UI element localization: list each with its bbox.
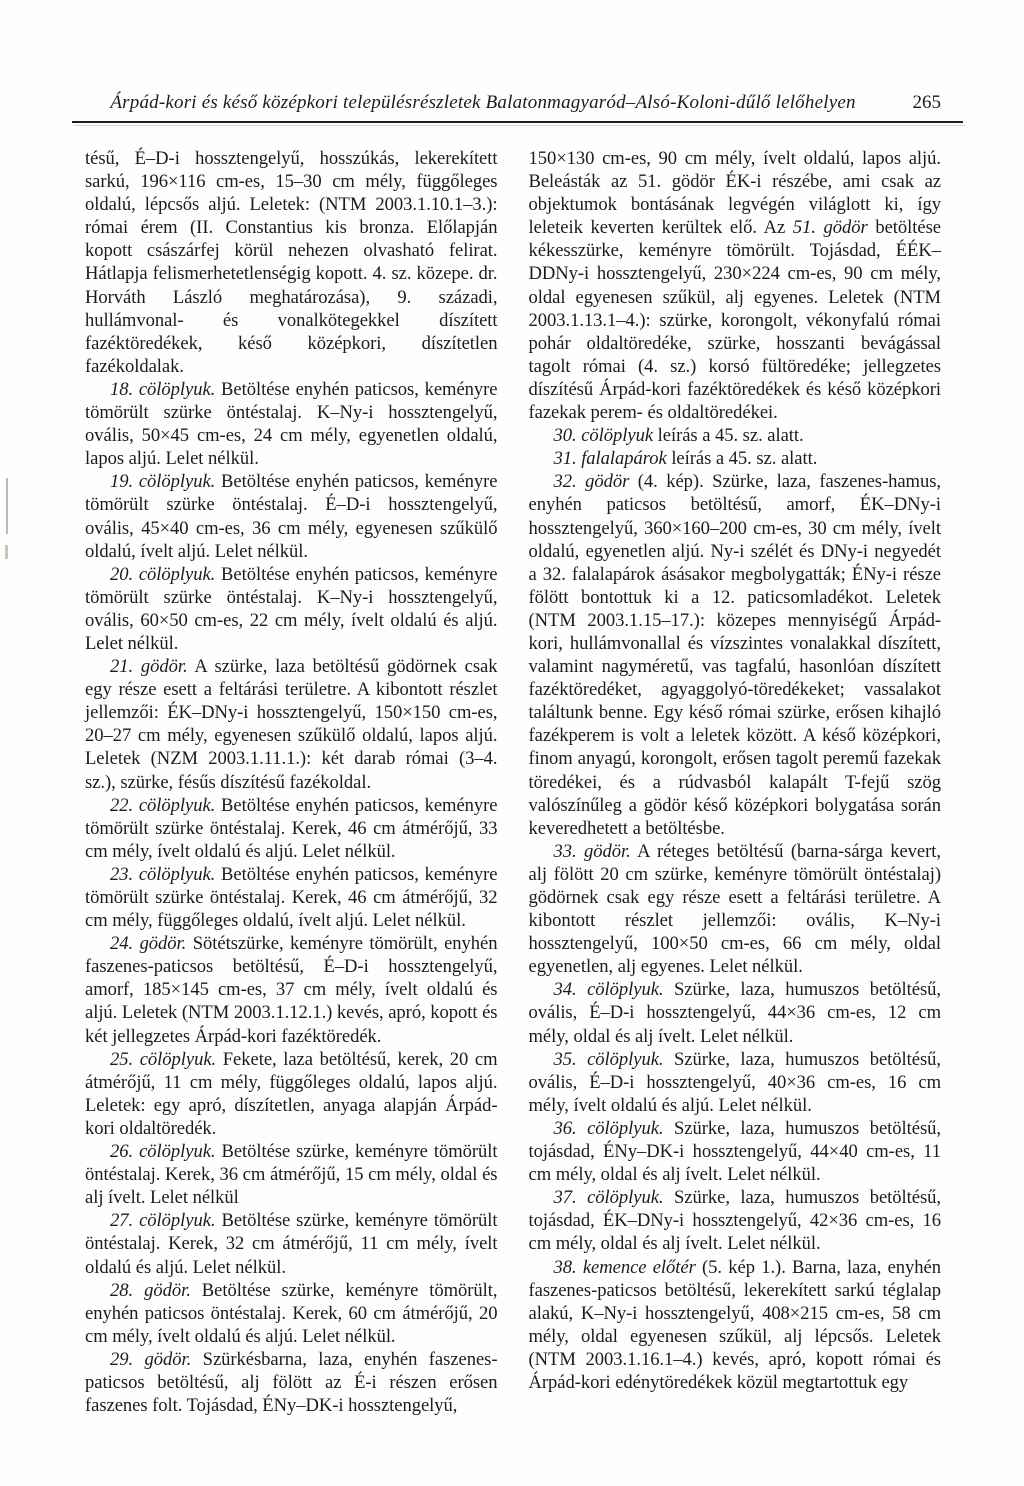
running-header-title: Árpád-kori és késő középkori településré… [85,92,881,114]
paragraph: 36. cölöplyuk. Szürke, laza, humuszos be… [529,1117,942,1186]
paragraph: 28. gödör. Betöltése szürke, keményre tö… [85,1279,498,1348]
left-column: tésű, É–D-i hossztengelyű, hosszúkás, le… [85,147,498,1417]
feature-label: 28. gödör. [110,1280,191,1301]
body-text: (4. kép). Szürke, laza, faszenes-hamus, … [529,471,942,838]
feature-label: 36. cölöplyuk. [554,1118,664,1139]
feature-label: 35. cölöplyuk. [554,1049,664,1070]
paragraph: 20. cölöplyuk. Betöltése enyhén paticsos… [85,563,498,655]
paragraph: 22. cölöplyuk. Betöltése enyhén paticsos… [85,794,498,863]
feature-label: 20. cölöplyuk. [110,564,215,585]
feature-label: 18. cölöplyuk. [110,379,215,400]
feature-label: 27. cölöplyuk. [110,1210,216,1231]
paragraph: 30. cölöplyuk leírás a 45. sz. alatt. [529,424,942,447]
paragraph: 18. cölöplyuk. Betöltése enyhén paticsos… [85,378,498,470]
paragraph: 19. cölöplyuk. Betöltése enyhén paticsos… [85,470,498,562]
feature-label: 29. gödör. [110,1349,191,1370]
feature-label: 32. gödör [554,471,630,492]
paragraph: 24. gödör. Sötétszürke, keményre tömörül… [85,932,498,1047]
feature-label: 23. cölöplyuk. [110,864,215,885]
running-header: Árpád-kori és késő középkori településré… [85,92,941,114]
feature-label: 31. falalapárok [554,448,667,469]
paragraph: 32. gödör (4. kép). Szürke, laza, faszen… [529,470,942,840]
page-body: tésű, É–D-i hossztengelyű, hosszúkás, le… [85,147,941,1417]
feature-label: 34. cölöplyuk. [554,979,664,1000]
document-page: Árpád-kori és késő középkori településré… [0,0,1024,1486]
paragraph: 37. cölöplyuk. Szürke, laza, humuszos be… [529,1186,942,1255]
feature-label: 51. gödör [793,217,868,238]
page-number: 265 [881,92,941,114]
scan-artifact-line [6,478,8,534]
paragraph: 27. cölöplyuk. Betöltése szürke, keményr… [85,1209,498,1278]
feature-label: 22. cölöplyuk. [110,795,215,816]
paragraph: 38. kemence előtér (5. kép 1.). Barna, l… [529,1256,942,1395]
body-text: leírás a 45. sz. alatt. [667,448,818,469]
paragraph: 34. cölöplyuk. Szürke, laza, humuszos be… [529,978,942,1047]
paragraph: 29. gödör. Szürkésbarna, laza, enyhén fa… [85,1348,498,1417]
paragraph: 35. cölöplyuk. Szürke, laza, humuszos be… [529,1048,942,1117]
paragraph: 23. cölöplyuk. Betöltése enyhén paticsos… [85,863,498,932]
body-text: betöltése kékesszürke, keményre tömörült… [529,217,942,423]
feature-label: 30. cölöplyuk [554,425,654,446]
feature-label: 19. cölöplyuk. [110,471,215,492]
paragraph: 26. cölöplyuk. Betöltése szürke, keményr… [85,1140,498,1209]
body-text: leírás a 45. sz. alatt. [653,425,804,446]
right-column: 150×130 cm-es, 90 cm mély, ívelt oldalú,… [529,147,942,1417]
feature-label: 26. cölöplyuk. [110,1141,216,1162]
paragraph: 33. gödör. A réteges betöltésű (barna-sá… [529,840,942,979]
body-text: tésű, É–D-i hossztengelyű, hosszúkás, le… [85,148,498,377]
paragraph: 25. cölöplyuk. Fekete, laza betöltésű, k… [85,1048,498,1140]
paragraph: 150×130 cm-es, 90 cm mély, ívelt oldalú,… [529,147,942,424]
feature-label: 24. gödör. [110,933,186,954]
feature-label: 37. cölöplyuk. [554,1187,664,1208]
feature-label: 33. gödör. [554,841,631,862]
feature-label: 25. cölöplyuk. [110,1049,216,1070]
feature-label: 38. kemence előtér [554,1257,696,1278]
paragraph: tésű, É–D-i hossztengelyű, hosszúkás, le… [85,147,498,378]
paragraph: 31. falalapárok leírás a 45. sz. alatt. [529,447,942,470]
header-rule [72,121,963,123]
scan-artifact-mark [5,545,8,559]
feature-label: 21. gödör. [110,656,188,677]
paragraph: 21. gödör. A szürke, laza betöltésű gödö… [85,655,498,794]
